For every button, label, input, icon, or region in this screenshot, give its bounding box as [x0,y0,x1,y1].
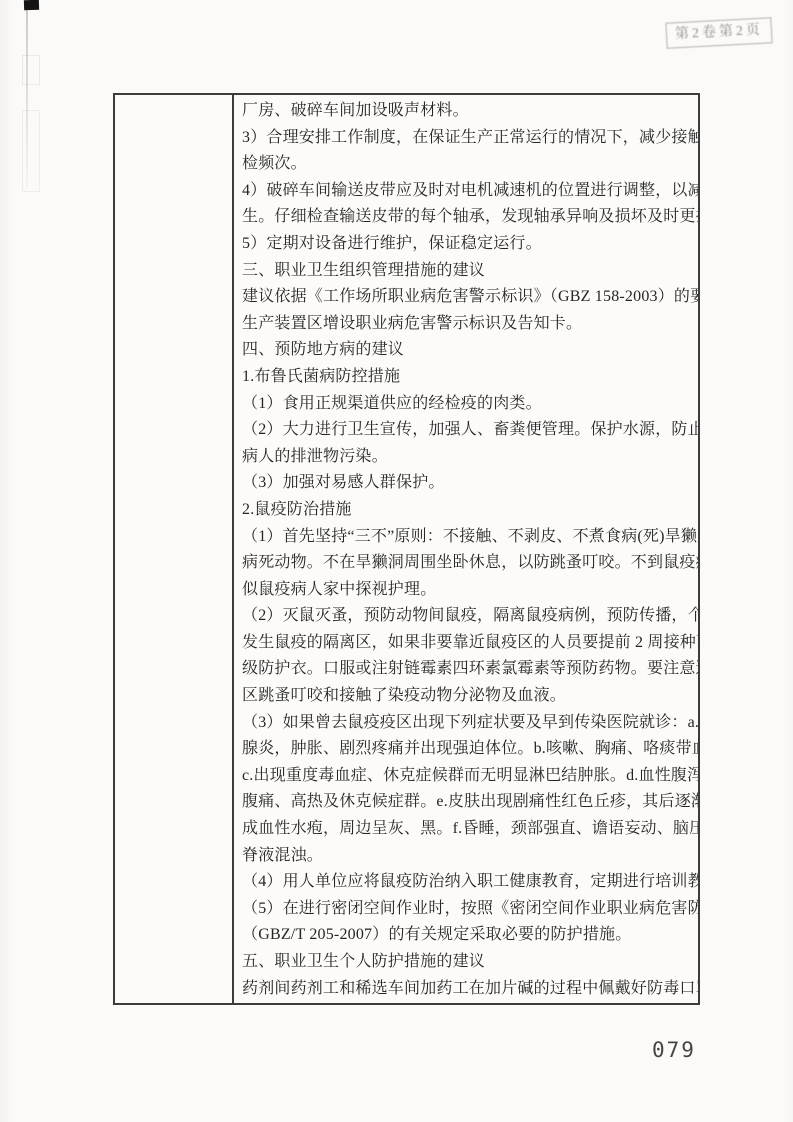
text-line: 2.鼠疫防治措施 [242,497,693,524]
page-count-stamp: 第2卷第2页 [665,17,772,49]
text-line: 建议依据《工作场所职业病危害警示标识》（GBZ 158-2003）的要求，在各 [242,284,693,311]
text-line: 腹痛、高热及休克候症群。e.皮肤出现剧痛性红色丘疹，其后逐渐隆起，形 [242,789,693,816]
text-line: 检频次。 [242,151,693,178]
text-line: 区跳蚤叮咬和接触了染疫动物分泌物及血液。 [242,683,693,710]
table-left-cell [115,95,234,1003]
text-line: 成血性水疱，周边呈灰、黑。f.昏睡，颈部强直、谵语妄动、脑压增高、脑 [242,816,693,843]
text-line: 生产装置区增设职业病危害警示标识及告知卡。 [242,311,693,338]
text-line: （2）灭鼠灭蚤，预防动物间鼠疫，隔离鼠疫病例，预防传播，个人要远离 [242,603,693,630]
content-cell-text: 厂房、破碎车间加设吸声材料。3）合理安排工作制度，在保证生产正常运行的情况下，减… [234,95,698,1003]
text-line: （3）加强对易感人群保护。 [242,470,693,497]
text-line: （4）用人单位应将鼠疫防治纳入职工健康教育，定期进行培训教育。 [242,869,693,896]
text-line: 1.布鲁氏菌病防控措施 [242,364,693,391]
page-number-stamp: 079 [652,1038,696,1062]
text-line: 脊液混浊。 [242,843,693,870]
text-line: 3）合理安排工作制度，在保证生产正常运行的情况下，减少接触时间及巡 [242,125,693,152]
text-line: 腺炎，肿胀、剧烈疼痛并出现强迫体位。b.咳嗽、胸痛、咯痰带血或咳血。 [242,736,693,763]
text-line: 似鼠疫病人家中探视护理。 [242,577,693,604]
text-line: （1）首先坚持“三不”原则：不接触、不剥皮、不煮食病(死)旱獭及其它 [242,524,693,551]
text-line: （3）如果曾去鼠疫疫区出现下列症状要及早到传染医院就诊：a.急性淋巴 [242,710,693,737]
scan-edge-artifact [22,110,40,192]
text-line: 五、职业卫生个人防护措施的建议 [242,949,693,976]
text-line: （1）食用正规渠道供应的经检疫的肉类。 [242,391,693,418]
scan-edge-artifact [22,55,40,85]
text-line: 药剂间药剂工和稀选车间加药工在加片碱的过程中佩戴好防毒口罩，发放 [242,976,693,1003]
text-line: 厂房、破碎车间加设吸声材料。 [242,98,693,125]
text-line: 病人的排泄物污染。 [242,444,693,471]
text-line: 四、预防地方病的建议 [242,337,693,364]
text-line: 病死动物。不在旱獭洞周围坐卧休息，以防跳蚤叮咬。不到鼠疫病人或疑 [242,550,693,577]
document-table: 厂房、破碎车间加设吸声材料。3）合理安排工作制度，在保证生产正常运行的情况下，减… [113,93,700,1005]
text-line: 发生鼠疫的隔离区，如果非要靠近鼠疫区的人员要提前 2 周接种菌苗，穿 2 [242,630,693,657]
text-line: 生。仔细检查输送皮带的每个轴承，发现轴承异响及损坏及时更换。 [242,204,693,231]
text-line: 5）定期对设备进行维护，保证稳定运行。 [242,231,693,258]
text-line: （2）大力进行卫生宣传，加强人、畜粪便管理。保护水源，防止被病畜、 [242,417,693,444]
text-line: 三、职业卫生组织管理措施的建议 [242,258,693,285]
text-line: 4）破碎车间输送皮带应及时对电机减速机的位置进行调整，以减少噪音产 [242,178,693,205]
text-line: 级防护衣。口服或注射链霉素四环素氯霉素等预防药物。要注意避免被疫 [242,656,693,683]
text-line: （GBZ/T 205-2007）的有关规定采取必要的防护措施。 [242,922,693,949]
text-line: c.出现重度毒血症、休克症候群而无明显淋巴结肿胀。d.血性腹泻并有重症 [242,763,693,790]
text-line: （5）在进行密闭空间作业时，按照《密闭空间作业职业病危害防护规范》 [242,896,693,923]
